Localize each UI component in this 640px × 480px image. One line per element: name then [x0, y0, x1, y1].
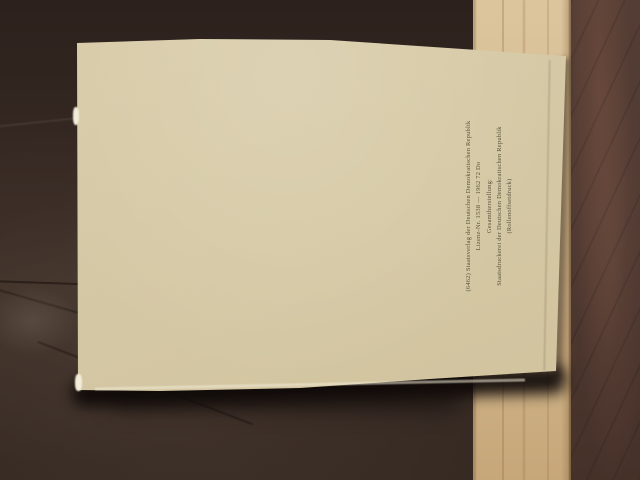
imprint-line-license: Lizenz-Nr. 1538 — 1962 72 Do — [474, 120, 484, 292]
imprint-rotated-text: (6462) Staatsverlag der Deutschen Demokr… — [464, 120, 516, 292]
imprint-line-printer: Staatsdruckerei der Deutschen Demokratis… — [495, 120, 505, 292]
imprint-line-publisher: (6462) Staatsverlag der Deutschen Demokr… — [464, 120, 474, 292]
page-edge-highlight — [73, 107, 79, 125]
imprint-line-production: Gesamtherstellung: — [485, 120, 495, 292]
leather-surface-right — [571, 0, 640, 480]
page-edge-highlight — [75, 374, 82, 391]
imprint-text-block: (6462) Staatsverlag der Deutschen Demokr… — [464, 120, 516, 292]
imprint-line-printmethod: (Rollenoffsetdruck) — [505, 120, 515, 292]
leather-scuff-patch — [0, 286, 80, 356]
